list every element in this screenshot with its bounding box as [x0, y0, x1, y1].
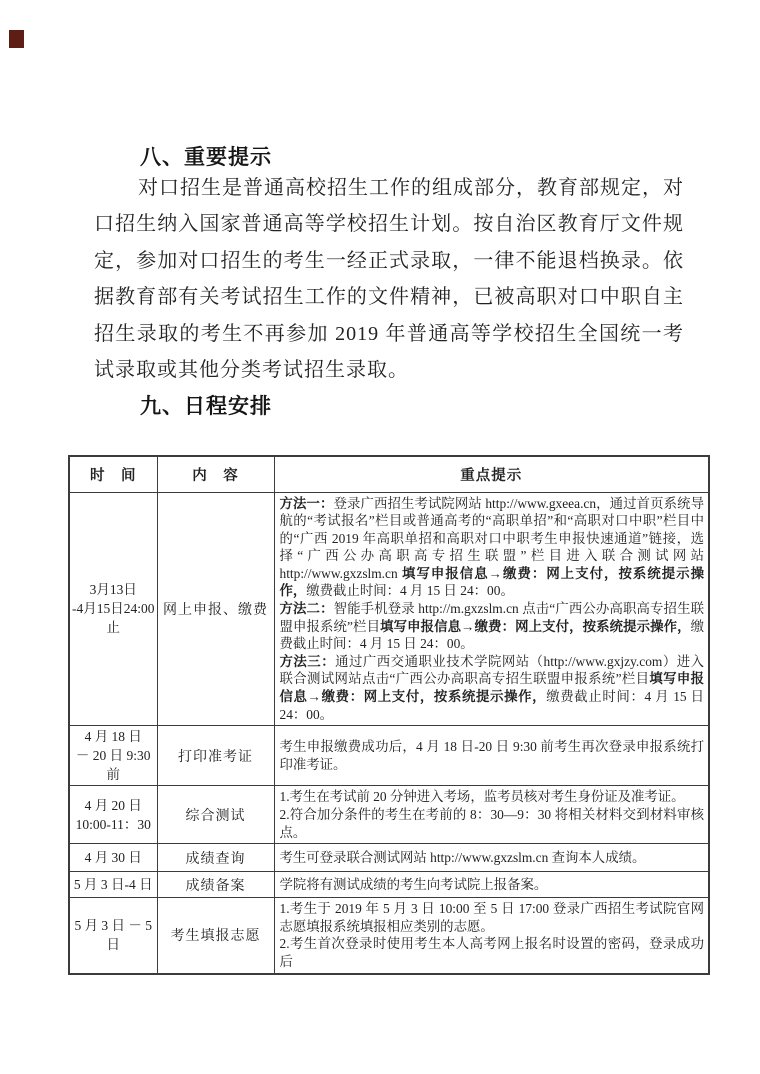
schedule-table-header-row: 时 间 内 容 重点提示 — [69, 456, 709, 492]
notes-bold-text: 方法三： — [280, 654, 336, 669]
notes-cell: 考生可登录联合测试网站 http://www.gxzslm.cn 查询本人成绩。 — [274, 844, 709, 872]
table-row: 5 月 3 日-4 日 成绩备案 学院将有测试成绩的考生向考试院上报备案。 — [69, 872, 709, 898]
notes-paragraph: 1.考生在考试前 20 分钟进入考场，监考员核对考生身份证及准考证。 — [280, 788, 705, 806]
content-cell: 打印准考证 — [157, 726, 274, 786]
column-header-time: 时 间 — [69, 456, 157, 492]
content-cell: 综合测试 — [157, 786, 274, 844]
notes-text: 1.考生在考试前 20 分钟进入考场，监考员核对考生身份证及准考证。 — [280, 789, 685, 804]
notes-paragraph: 学院将有测试成绩的考生向考试院上报备案。 — [280, 876, 705, 894]
notes-paragraph: 考生可登录联合测试网站 http://www.gxzslm.cn 查询本人成绩。 — [280, 849, 705, 867]
time-cell: 4 月 18 日 － 20 日 9:30 前 — [69, 726, 157, 786]
table-row: 5 月 3 日 － 5 日 考生填报志愿 1.考生于 2019 年 5 月 3 … — [69, 898, 709, 974]
notes-cell: 1.考生于 2019 年 5 月 3 日 10:00 至 5 日 17:00 登… — [274, 898, 709, 974]
notes-cell: 考生申报缴费成功后，4 月 18 日-20 日 9:30 前考生再次登录申报系统… — [274, 726, 709, 786]
notes-text: 2.考生首次登录时使用考生本人高考网上报名时设置的密码，登录成功后 — [280, 936, 705, 969]
time-cell: 5 月 3 日-4 日 — [69, 872, 157, 898]
notes-paragraph: 考生申报缴费成功后，4 月 18 日-20 日 9:30 前考生再次登录申报系统… — [280, 738, 705, 773]
table-row: 4 月 20 日 10:00-11：30 综合测试 1.考生在考试前 20 分钟… — [69, 786, 709, 844]
notes-text: 学院将有测试成绩的考生向考试院上报备案。 — [280, 877, 548, 892]
content-cell: 成绩查询 — [157, 844, 274, 872]
notes-text: 缴费截止时间：4 月 15 日 24：00。 — [306, 583, 514, 598]
notes-text: 通过广西交通职业技术学院网站（http://www.gxjzy.com）进入联合… — [280, 654, 705, 687]
content-cell: 成绩备案 — [157, 872, 274, 898]
column-header-content: 内 容 — [157, 456, 274, 492]
content-cell: 网上申报、缴费 — [157, 492, 274, 726]
time-cell: 4 月 30 日 — [69, 844, 157, 872]
table-row: 4 月 18 日 － 20 日 9:30 前 打印准考证 考生申报缴费成功后，4… — [69, 726, 709, 786]
notes-paragraph: 2.符合加分条件的考生在考前的 8：30—9：30 将相关材料交到材料审核点。 — [280, 806, 705, 841]
notes-text: 2.符合加分条件的考生在考前的 8：30—9：30 将相关材料交到材料审核点。 — [280, 807, 705, 840]
schedule-table: 时 间 内 容 重点提示 3月13日 -4月15日24:00 止 网上申报、缴费… — [68, 455, 710, 975]
column-header-key-notes: 重点提示 — [274, 456, 709, 492]
notes-text: 考生申报缴费成功后，4 月 18 日-20 日 9:30 前考生再次登录申报系统… — [280, 739, 705, 772]
notes-text: 考生可登录联合测试网站 http://www.gxzslm.cn 查询本人成绩。 — [280, 850, 646, 865]
time-cell: 5 月 3 日 － 5 日 — [69, 898, 157, 974]
corner-mark — [9, 30, 24, 48]
notes-bold-text: 方法一： — [280, 496, 334, 511]
notes-paragraph: 2.考生首次登录时使用考生本人高考网上报名时设置的密码，登录成功后 — [280, 935, 705, 970]
important-notes-paragraph: 对口招生是普通高校招生工作的组成部分，教育部规定，对口招生纳入国家普通高等学校招… — [94, 170, 684, 388]
notes-cell: 方法一：登录广西招生考试院网站 http://www.gxeea.cn，通过首页… — [274, 492, 709, 726]
table-row: 3月13日 -4月15日24:00 止 网上申报、缴费 方法一：登录广西招生考试… — [69, 492, 709, 726]
notes-bold-text: 方法二： — [280, 601, 334, 616]
section-heading-important-notes: 八、重要提示 — [140, 141, 272, 171]
notes-cell: 学院将有测试成绩的考生向考试院上报备案。 — [274, 872, 709, 898]
section-heading-schedule: 九、日程安排 — [140, 390, 272, 420]
notes-paragraph: 方法三：通过广西交通职业技术学院网站（http://www.gxjzy.com）… — [280, 653, 705, 723]
notes-cell: 1.考生在考试前 20 分钟进入考场，监考员核对考生身份证及准考证。2.符合加分… — [274, 786, 709, 844]
time-cell: 4 月 20 日 10:00-11：30 — [69, 786, 157, 844]
notes-bold-text: 填写申报信息→缴费：网上支付，按系统提示操作， — [380, 619, 691, 634]
notes-paragraph: 方法一：登录广西招生考试院网站 http://www.gxeea.cn，通过首页… — [280, 495, 705, 601]
time-cell: 3月13日 -4月15日24:00 止 — [69, 492, 157, 726]
notes-paragraph: 1.考生于 2019 年 5 月 3 日 10:00 至 5 日 17:00 登… — [280, 900, 705, 935]
notes-paragraph: 方法二：智能手机登录 http://m.gxzslm.cn 点击“广西公办高职高… — [280, 600, 705, 653]
notes-text: 1.考生于 2019 年 5 月 3 日 10:00 至 5 日 17:00 登… — [280, 901, 705, 934]
table-row: 4 月 30 日 成绩查询 考生可登录联合测试网站 http://www.gxz… — [69, 844, 709, 872]
content-cell: 考生填报志愿 — [157, 898, 274, 974]
document-page: { "page": { "corner_mark_color": "#5e1d1… — [0, 0, 760, 1074]
